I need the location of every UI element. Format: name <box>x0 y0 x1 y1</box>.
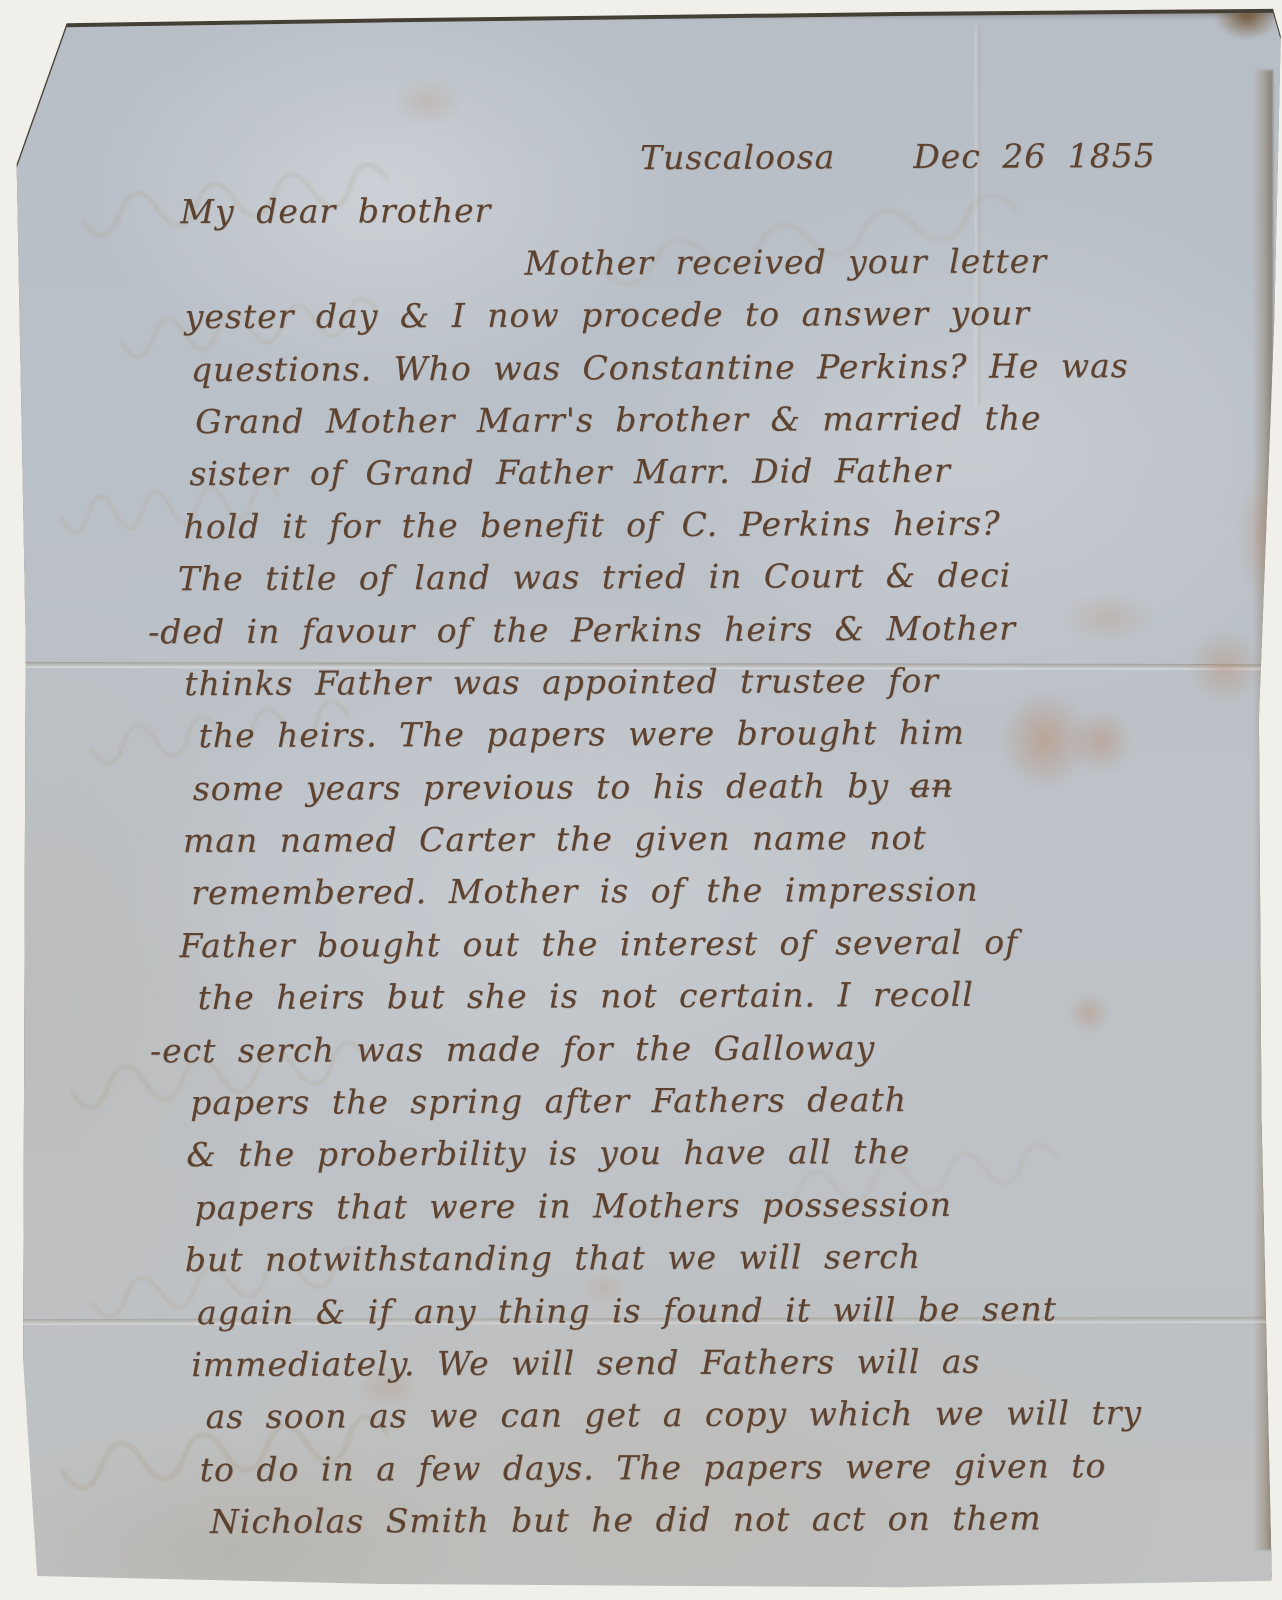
letter-line: The title of land was tried in Court & d… <box>178 549 1158 606</box>
edge-ink-mark <box>0 146 28 210</box>
letter-line: Mother received your letter <box>524 235 1156 290</box>
letter-line: -ded in favour of the Perkins heirs & Mo… <box>148 601 1158 658</box>
letter-place: Tuscaloosa <box>640 137 835 177</box>
letter-line: papers the spring after Fathers death <box>190 1073 1160 1130</box>
letter-text: TuscaloosaDec 26 1855 My dear brother Mo… <box>192 130 1162 1549</box>
letter-date: Dec 26 1855 <box>913 136 1156 176</box>
letter-line: the heirs. The papers were brought him <box>198 706 1158 763</box>
letter-line: Grand Mother Marr's brother & married th… <box>195 392 1157 449</box>
letter-line: yester day & I now procede to answer you… <box>185 287 1157 344</box>
letter-salutation: My dear brother <box>180 182 1156 239</box>
letter-line: again & if any thing is found it will be… <box>197 1282 1161 1339</box>
letter-line: sister of Grand Father Marr. Did Father <box>189 444 1157 501</box>
letter-scan: TuscaloosaDec 26 1855 My dear brother Mo… <box>0 0 1282 1600</box>
letter-line: some years previous to his death by a̶n̶ <box>193 759 1159 816</box>
letter-line: to do in a few days. The papers were giv… <box>200 1440 1162 1497</box>
letter-paper: TuscaloosaDec 26 1855 My dear brother Mo… <box>0 0 1282 1600</box>
letter-line: the heirs but she is not certain. I reco… <box>198 968 1160 1025</box>
letter-line: papers that were in Mothers possession <box>194 1178 1160 1235</box>
letter-line: & the proberbility is you have all the <box>186 1125 1160 1182</box>
paper-right-curl <box>1253 70 1273 1550</box>
letter-line: hold it for the benefit of C. Perkins he… <box>184 497 1158 554</box>
rust-stain <box>392 78 464 126</box>
letter-line: questions. Who was Constantine Perkins? … <box>191 339 1157 396</box>
letter-line: remembered. Mother is of the impression <box>191 863 1159 920</box>
letter-line: man named Carter the given name not <box>183 811 1159 868</box>
rust-stain <box>1188 630 1262 706</box>
ink-stain <box>1215 0 1279 40</box>
letter-line: Father bought out the interest of severa… <box>179 916 1159 973</box>
letter-header: TuscaloosaDec 26 1855 <box>192 130 1156 187</box>
letter-line: but notwithstanding that we will serch <box>185 1230 1161 1287</box>
letter-line: Nicholas Smith but he did not act on the… <box>210 1492 1162 1549</box>
letter-line: -ect serch was made for the Galloway <box>150 1021 1160 1078</box>
letter-line: immediately. We will send Fathers will a… <box>191 1335 1161 1392</box>
letter-line: as soon as we can get a copy which we wi… <box>205 1387 1161 1444</box>
letter-line: thinks Father was appointed trustee for <box>184 654 1158 711</box>
